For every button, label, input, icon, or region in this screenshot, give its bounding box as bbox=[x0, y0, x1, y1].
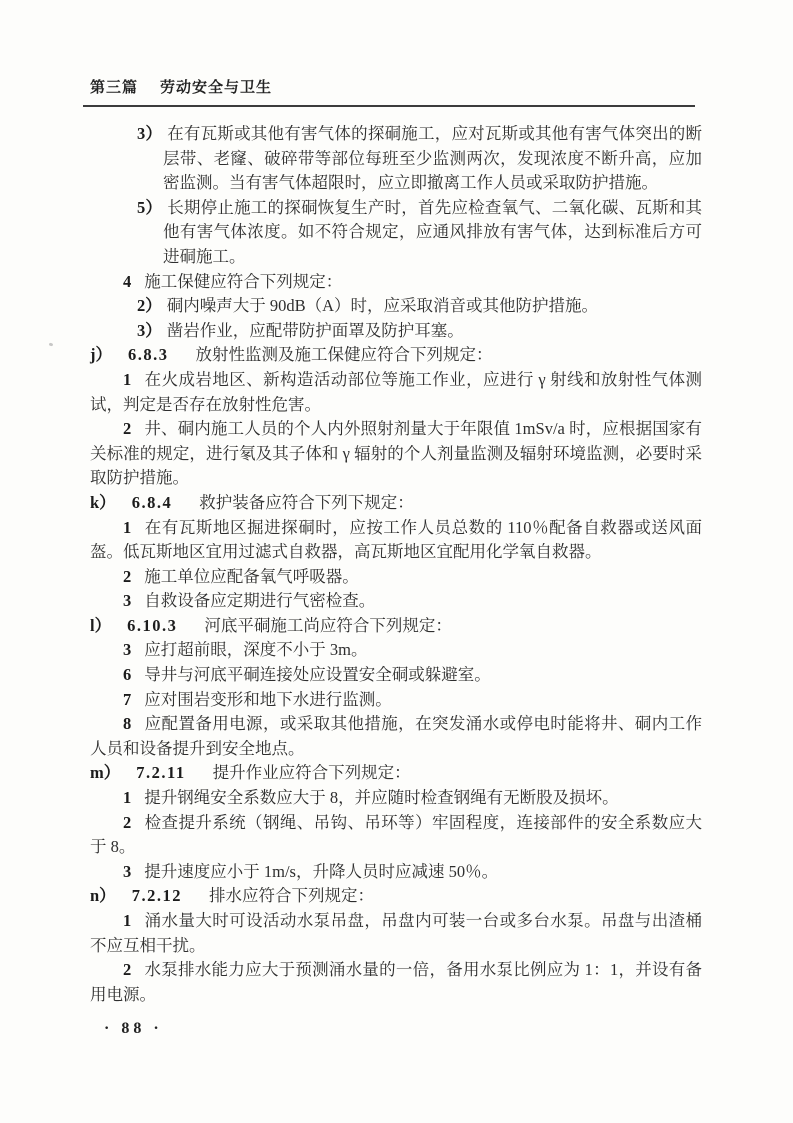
header-part-label: 第三篇 bbox=[90, 80, 138, 96]
paragraph-num: 1在有瓦斯地区掘进探硐时，应按工作人员总数的 110％配备自救器或送风面盔。低瓦… bbox=[90, 516, 702, 565]
section-number: 7.2.11 bbox=[136, 763, 185, 782]
paragraph-sub: 3）在有瓦斯或其他有害气体的探硐施工，应对瓦斯或其他有害气体突出的断层带、老窿、… bbox=[90, 122, 702, 196]
paragraph-text: 硐内噪声大于 90dB（A）时，应采取消音或其他防护措施。 bbox=[167, 296, 598, 315]
paragraph-text: 在有瓦斯地区掘进探硐时，应按工作人员总数的 110％配备自救器或送风面盔。低瓦斯… bbox=[90, 518, 702, 562]
paragraph-num: 2施工单位应配备氧气呼吸器。 bbox=[90, 565, 702, 590]
paragraph-sub: 2）硐内噪声大于 90dB（A）时，应采取消音或其他防护措施。 bbox=[90, 294, 702, 319]
item-label: 2） bbox=[137, 296, 162, 315]
item-label: n） bbox=[90, 886, 116, 905]
paragraph-text: 放射性监测及施工保健应符合下列规定： bbox=[196, 345, 493, 364]
paragraph-text: 河底平硐施工尚应符合下列规定： bbox=[204, 616, 452, 635]
paragraph-text: 自救设备应定期进行气密检查。 bbox=[144, 591, 375, 610]
item-label: 1 bbox=[123, 370, 131, 389]
item-label: 3） bbox=[137, 124, 162, 143]
paragraph-num: 1提升钢绳安全系数应大于 8，并应随时检查钢绳有无断股及损坏。 bbox=[90, 786, 702, 811]
item-label: 1 bbox=[123, 788, 131, 807]
item-label: 2 bbox=[123, 419, 131, 438]
paragraph-text: 涌水量大时可设活动水泵吊盘，吊盘内可装一台或多台水泵。吊盘与出渣桶不应互相干扰。 bbox=[90, 911, 702, 955]
paragraph-letter: l）6.10.3河底平硐施工尚应符合下列规定： bbox=[90, 614, 702, 639]
item-label: 3 bbox=[123, 640, 131, 659]
paragraph-sub: 5）长期停止施工的探硐恢复生产时，首先应检查氧气、二氧化碳、瓦斯和其他有害气体浓… bbox=[90, 196, 702, 270]
paragraph-text: 提升速度应小于 1m/s，升降人员时应减速 50％。 bbox=[144, 862, 498, 881]
paragraph-text: 救护装备应符合下列下规定： bbox=[199, 493, 414, 512]
paragraph-num: 2井、硐内施工人员的个人内外照射剂量大于年限值 1mSv/a 时，应根据国家有关… bbox=[90, 417, 702, 491]
paragraph-letter: m）7.2.11提升作业应符合下列规定： bbox=[90, 761, 702, 786]
item-label: m） bbox=[90, 763, 120, 782]
paragraph-text: 在火成岩地区、新构造活动部位等施工作业，应进行 γ 射线和放射性气体测试，判定是… bbox=[90, 370, 702, 414]
header-rule bbox=[83, 105, 695, 107]
paragraph-num: 3应打超前眼，深度不小于 3m。 bbox=[90, 638, 702, 663]
item-label: 2 bbox=[123, 813, 131, 832]
item-label: 1 bbox=[123, 911, 131, 930]
item-label: 6 bbox=[123, 665, 131, 684]
paragraph-num: 2水泵排水能力应大于预测涌水量的一倍，备用水泵比例应为 1：1，并设有备用电源。 bbox=[90, 958, 702, 1007]
paragraph-text: 施工保健应符合下列规定： bbox=[144, 272, 342, 291]
item-label: 7 bbox=[123, 690, 131, 709]
section-number: 6.10.3 bbox=[127, 616, 177, 635]
paragraph-text: 在有瓦斯或其他有害气体的探硐施工，应对瓦斯或其他有害气体突出的断层带、老窿、破碎… bbox=[163, 124, 702, 192]
paragraph-text: 长期停止施工的探硐恢复生产时，首先应检查氧气、二氧化碳、瓦斯和其他有害气体浓度。… bbox=[163, 198, 702, 266]
document-body: 3）在有瓦斯或其他有害气体的探硐施工，应对瓦斯或其他有害气体突出的断层带、老窿、… bbox=[90, 122, 702, 1007]
item-label: 5） bbox=[137, 198, 162, 217]
paragraph-num: 2检查提升系统（钢绳、吊钩、吊环等）牢固程度，连接部件的安全系数应大于 8。 bbox=[90, 811, 702, 860]
item-label: k） bbox=[90, 493, 116, 512]
item-label: 3） bbox=[137, 321, 162, 340]
scan-artifact bbox=[49, 342, 54, 346]
paragraph-num: 7应对围岩变形和地下水进行监测。 bbox=[90, 688, 702, 713]
item-label: l） bbox=[90, 616, 111, 635]
paragraph-text: 排水应符合下列规定： bbox=[209, 886, 374, 905]
paragraph-num: 1涌水量大时可设活动水泵吊盘，吊盘内可装一台或多台水泵。吊盘与出渣桶不应互相干扰… bbox=[90, 909, 702, 958]
paragraph-text: 检查提升系统（钢绳、吊钩、吊环等）牢固程度，连接部件的安全系数应大于 8。 bbox=[90, 813, 702, 857]
page-number: · 88 · bbox=[104, 1020, 163, 1038]
item-label: 3 bbox=[123, 862, 131, 881]
running-header: 第三篇劳动安全与卫生 bbox=[90, 76, 272, 97]
item-label: 8 bbox=[123, 714, 131, 733]
document-page: 第三篇劳动安全与卫生 3）在有瓦斯或其他有害气体的探硐施工，应对瓦斯或其他有害气… bbox=[0, 0, 793, 1123]
item-label: 1 bbox=[123, 518, 131, 537]
paragraph-text: 井、硐内施工人员的个人内外照射剂量大于年限值 1mSv/a 时，应根据国家有关标… bbox=[90, 419, 702, 487]
paragraph-text: 应配置备用电源，或采取其他措施，在突发涌水或停电时能将井、硐内工作人员和设备提升… bbox=[90, 714, 702, 758]
paragraph-sub: 3）凿岩作业，应配带防护面罩及防护耳塞。 bbox=[90, 319, 702, 344]
paragraph-text: 导井与河底平硐连接处应设置安全硐或躲避室。 bbox=[144, 665, 491, 684]
paragraph-text: 应打超前眼，深度不小于 3m。 bbox=[144, 640, 367, 659]
paragraph-letter: j）6.8.3放射性监测及施工保健应符合下列规定： bbox=[90, 343, 702, 368]
section-number: 6.8.4 bbox=[132, 493, 173, 512]
item-label: j） bbox=[90, 345, 112, 364]
section-number: 7.2.12 bbox=[132, 886, 182, 905]
paragraph-num: 3提升速度应小于 1m/s，升降人员时应减速 50％。 bbox=[90, 860, 702, 885]
paragraph-text: 提升钢绳安全系数应大于 8，并应随时检查钢绳有无断股及损坏。 bbox=[144, 788, 618, 807]
paragraph-text: 提升作业应符合下列规定： bbox=[213, 763, 411, 782]
paragraph-num: 4施工保健应符合下列规定： bbox=[90, 270, 702, 295]
paragraph-num: 3自救设备应定期进行气密检查。 bbox=[90, 589, 702, 614]
paragraph-letter: n）7.2.12排水应符合下列规定： bbox=[90, 884, 702, 909]
paragraph-num: 6导井与河底平硐连接处应设置安全硐或躲避室。 bbox=[90, 663, 702, 688]
paragraph-text: 应对围岩变形和地下水进行监测。 bbox=[144, 690, 392, 709]
paragraph-num: 1在火成岩地区、新构造活动部位等施工作业，应进行 γ 射线和放射性气体测试，判定… bbox=[90, 368, 702, 417]
item-label: 3 bbox=[123, 591, 131, 610]
header-title: 劳动安全与卫生 bbox=[160, 80, 272, 96]
item-label: 2 bbox=[123, 960, 131, 979]
paragraph-text: 水泵排水能力应大于预测涌水量的一倍，备用水泵比例应为 1：1，并设有备用电源。 bbox=[90, 960, 702, 1004]
paragraph-text: 凿岩作业，应配带防护面罩及防护耳塞。 bbox=[167, 321, 464, 340]
paragraph-letter: k）6.8.4救护装备应符合下列下规定： bbox=[90, 491, 702, 516]
item-label: 2 bbox=[123, 567, 131, 586]
paragraph-num: 8应配置备用电源，或采取其他措施，在突发涌水或停电时能将井、硐内工作人员和设备提… bbox=[90, 712, 702, 761]
item-label: 4 bbox=[123, 272, 131, 291]
paragraph-text: 施工单位应配备氧气呼吸器。 bbox=[144, 567, 359, 586]
section-number: 6.8.3 bbox=[128, 345, 169, 364]
